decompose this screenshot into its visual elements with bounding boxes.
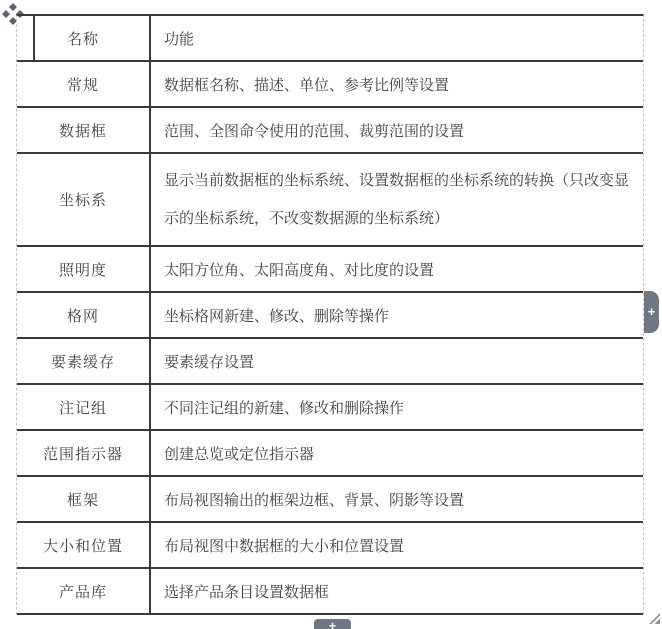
row-function-cell[interactable]: 不同注记组的新建、修改和删除操作 — [151, 385, 643, 429]
row-name-text: 要素缓存 — [51, 351, 115, 372]
row-function-cell[interactable]: 要素缓存设置 — [151, 339, 643, 383]
row-function-text: 布局视图输出的框架边框、背景、阴影等设置 — [164, 489, 464, 510]
row-name-cell[interactable]: 注记组 — [17, 385, 151, 429]
row-function-cell[interactable]: 布局视图中数据框的大小和位置设置 — [151, 523, 643, 567]
table-row: 要素缓存 要素缓存设置 — [17, 339, 643, 385]
row-name-text: 数据框 — [59, 120, 107, 141]
row-function-text: 布局视图中数据框的大小和位置设置 — [164, 535, 404, 556]
row-name-cell[interactable]: 产品库 — [17, 569, 151, 613]
row-name-cell[interactable]: 常规 — [17, 62, 151, 106]
plus-icon: + — [329, 619, 336, 629]
row-function-cell[interactable]: 数据框名称、描述、单位、参考比例等设置 — [151, 62, 643, 106]
table-row: 常规 数据框名称、描述、单位、参考比例等设置 — [17, 62, 643, 108]
row-name-text: 注记组 — [59, 397, 107, 418]
row-name-text: 大小和位置 — [43, 535, 123, 556]
row-name-text: 范围指示器 — [43, 443, 123, 464]
row-name-text: 名称 — [67, 28, 99, 49]
row-name-cell[interactable]: 名称 — [17, 16, 151, 60]
row-function-cell[interactable]: 选择产品条目设置数据框 — [151, 569, 643, 613]
row-function-text: 显示当前数据框的坐标系统、设置数据框的坐标系统的转换（只改变显示的坐标系统，不改… — [164, 162, 633, 238]
table-row: 范围指示器 创建总览或定位指示器 — [17, 431, 643, 477]
add-column-button[interactable]: + — [644, 291, 659, 333]
row-name-cell[interactable]: 要素缓存 — [17, 339, 151, 383]
row-name-cell[interactable]: 坐标系 — [17, 154, 151, 245]
row-function-text: 坐标格网新建、修改、删除等操作 — [164, 305, 389, 326]
row-function-text: 太阳方位角、太阳高度角、对比度的设置 — [164, 259, 434, 280]
row-function-cell[interactable]: 创建总览或定位指示器 — [151, 431, 643, 475]
row-function-text: 不同注记组的新建、修改和删除操作 — [164, 397, 404, 418]
row-function-text: 数据框名称、描述、单位、参考比例等设置 — [164, 74, 449, 95]
table-row: 格网 坐标格网新建、修改、删除等操作 — [17, 293, 643, 339]
table-resize-handle[interactable] — [648, 612, 661, 625]
properties-table: 名称 功能 常规 数据框名称、描述、单位、参考比例等设置 数据框 — [16, 14, 644, 615]
row-name-cell[interactable]: 范围指示器 — [17, 431, 151, 475]
row-name-text: 框架 — [67, 489, 99, 510]
header-left-border — [33, 14, 35, 60]
row-function-cell[interactable]: 功能 — [151, 16, 643, 60]
table-row: 框架 布局视图输出的框架边框、背景、阴影等设置 — [17, 477, 643, 523]
row-function-cell[interactable]: 坐标格网新建、修改、删除等操作 — [151, 293, 643, 337]
row-function-text: 范围、全图命令使用的范围、裁剪范围的设置 — [164, 120, 464, 141]
row-name-cell[interactable]: 格网 — [17, 293, 151, 337]
table-row: 照明度 太阳方位角、太阳高度角、对比度的设置 — [17, 247, 643, 293]
row-name-text: 产品库 — [59, 581, 107, 602]
row-name-cell[interactable]: 数据框 — [17, 108, 151, 152]
table-row: 注记组 不同注记组的新建、修改和删除操作 — [17, 385, 643, 431]
table-row: 数据框 范围、全图命令使用的范围、裁剪范围的设置 — [17, 108, 643, 154]
row-name-cell[interactable]: 照明度 — [17, 247, 151, 291]
row-function-cell[interactable]: 显示当前数据框的坐标系统、设置数据框的坐标系统的转换（只改变显示的坐标系统，不改… — [151, 154, 643, 245]
row-function-text: 创建总览或定位指示器 — [164, 443, 314, 464]
add-row-button[interactable]: + — [314, 619, 351, 629]
row-name-text: 坐标系 — [59, 189, 107, 210]
editor-canvas: 名称 功能 常规 数据框名称、描述、单位、参考比例等设置 数据框 — [0, 0, 662, 629]
row-function-text: 功能 — [164, 28, 194, 49]
row-name-text: 常规 — [67, 74, 99, 95]
row-function-cell[interactable]: 布局视图输出的框架边框、背景、阴影等设置 — [151, 477, 643, 521]
row-name-cell[interactable]: 大小和位置 — [17, 523, 151, 567]
row-name-cell[interactable]: 框架 — [17, 477, 151, 521]
resize-icon — [648, 612, 661, 629]
table-row: 名称 功能 — [17, 16, 643, 62]
table-row: 坐标系 显示当前数据框的坐标系统、设置数据框的坐标系统的转换（只改变显示的坐标系… — [17, 154, 643, 247]
table-row: 产品库 选择产品条目设置数据框 — [17, 569, 643, 615]
row-function-text: 选择产品条目设置数据框 — [164, 581, 329, 602]
row-name-text: 格网 — [67, 305, 99, 326]
row-name-text: 照明度 — [59, 259, 107, 280]
plus-icon: + — [648, 304, 656, 319]
table-row: 大小和位置 布局视图中数据框的大小和位置设置 — [17, 523, 643, 569]
row-function-cell[interactable]: 范围、全图命令使用的范围、裁剪范围的设置 — [151, 108, 643, 152]
row-function-cell[interactable]: 太阳方位角、太阳高度角、对比度的设置 — [151, 247, 643, 291]
row-function-text: 要素缓存设置 — [164, 351, 254, 372]
